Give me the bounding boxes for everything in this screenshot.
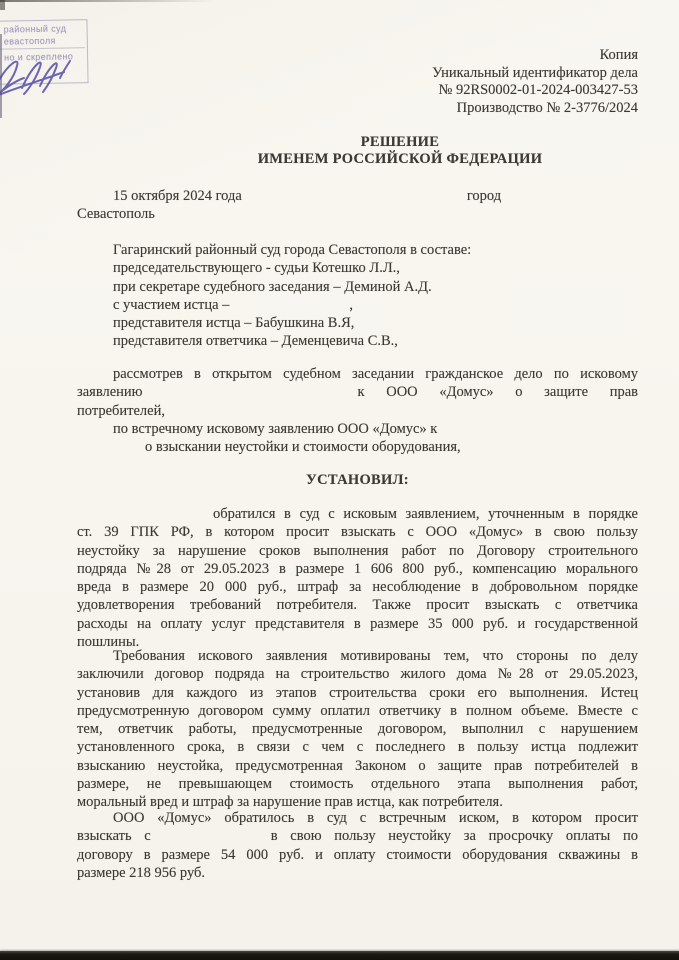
text-run: расходы на оплату услуг представителя в …: [77, 616, 638, 632]
redacted-gap: [77, 517, 213, 518]
text-run: с участием истца –: [113, 297, 229, 313]
text-run: установив для каждого из этапов строител…: [77, 685, 638, 701]
motivation-paragraph: Требования искового заявления мотивирова…: [77, 647, 638, 812]
text-run: предусмотренную договором сумму оплатил …: [77, 703, 638, 719]
text-line: расходы на оплату услуг представителя в …: [77, 615, 638, 633]
text-run: Уникальный идентификатор дела: [432, 65, 638, 81]
text-run: размере, не превышающем стоимость отдель…: [77, 776, 638, 792]
text-line: Гагаринский районный суд города Севастоп…: [77, 241, 638, 259]
text-run: ООО «Домус» обратилось в суд с встречным…: [113, 810, 638, 826]
stamp-text-line: но и скреплено: [4, 51, 85, 64]
redacted-gap: [437, 432, 557, 433]
text-line: по встречному исковому заявлению ООО «До…: [77, 420, 638, 438]
text-run: ,: [349, 297, 353, 313]
text-line: № 92RS0002-01-2024-003427-53: [77, 82, 638, 100]
scan-top-edge: [0, 0, 215, 2]
text-line: Требования искового заявления мотивирова…: [77, 647, 638, 665]
copy-header: КопияУникальный идентификатор дела№ 92RS…: [77, 47, 638, 117]
text-line: подряда №28 от 29.05.2023 в размере 1 60…: [77, 560, 638, 578]
stamp-text-line: евастополя: [4, 35, 85, 48]
text-run: к ООО «Домус» о защите прав: [358, 384, 638, 400]
text-run: моральный вред и штраф за нарушение прав…: [77, 794, 503, 810]
text-line: заключили договор подряда на строительст…: [77, 665, 638, 683]
text-run: УСТАНОВИЛ:: [306, 472, 409, 488]
text-line: неустойку за нарушение сроков выполнения…: [77, 542, 638, 560]
text-line: потребителей,: [77, 402, 638, 420]
text-line: Уникальный идентификатор дела: [77, 65, 638, 83]
court-composition: Гагаринский районный суд города Севастоп…: [77, 241, 638, 351]
text-line: представителя ответчика – Деменцевича С.…: [77, 332, 638, 350]
text-line: взысканию неустойка, предусмотренная Зак…: [77, 757, 638, 775]
text-run: 15 октября 2024 года: [113, 188, 242, 204]
text-run: по встречному исковому заявлению ООО «До…: [113, 421, 437, 437]
text-line: УСТАНОВИЛ:: [77, 471, 638, 489]
text-run: вреда в размере 20 000 руб., штраф за не…: [77, 579, 638, 595]
text-run: Севастополь: [77, 206, 155, 222]
case-summary: рассмотрев в открытом судебном заседании…: [77, 365, 638, 456]
text-run: обратился в суд с исковым заявлением, ут…: [213, 506, 638, 522]
text-run: неустойку за нарушение сроков выполнения…: [77, 543, 638, 559]
redacted-gap: [151, 839, 271, 840]
redacted-gap: [229, 308, 349, 309]
text-line: о взыскании неустойки и стоимости оборуд…: [77, 438, 638, 456]
claim-paragraph: обратился в суд с исковым заявлением, ут…: [77, 505, 638, 651]
text-run: Гагаринский районный суд города Севастоп…: [113, 242, 471, 258]
text-run: ст. 39 ГПК РФ, в котором просит взыскать…: [77, 524, 638, 540]
text-line: 15 октября 2024 годагород: [77, 187, 638, 205]
scan-corner-mark: [0, 0, 5, 10]
text-run: Требования искового заявления мотивирова…: [113, 648, 638, 664]
text-line: РЕШЕНИЕ: [160, 134, 640, 151]
text-line: ИМЕНЕМ РОССИЙСКОЙ ФЕДЕРАЦИИ: [160, 151, 640, 168]
text-run: заключили договор подряда на строительст…: [77, 666, 638, 682]
counterclaim-paragraph: ООО «Домус» обратилось в суд с встречным…: [77, 809, 638, 882]
text-run: потребителей,: [77, 403, 165, 419]
text-line: размере 218 956 руб.: [77, 864, 638, 882]
document-page: районный суд евастополя но и скреплено К…: [0, 0, 679, 960]
text-line: предусмотренную договором сумму оплатил …: [77, 702, 638, 720]
court-stamp: районный суд евастополя но и скреплено: [0, 19, 89, 85]
text-line: вреда в размере 20 000 руб., штраф за не…: [77, 578, 638, 596]
scan-bottom-edge: [0, 951, 679, 960]
text-line: председательствующего - судьи Котешко Л.…: [77, 259, 638, 277]
text-run: взыскать с: [77, 828, 151, 844]
text-run: удовлетворения требований потребителя. Т…: [77, 597, 638, 613]
text-line: ст. 39 ГПК РФ, в котором просит взыскать…: [77, 523, 638, 541]
text-run: взысканию неустойка, предусмотренная Зак…: [77, 758, 638, 774]
text-run: ИМЕНЕМ РОССИЙСКОЙ ФЕДЕРАЦИИ: [258, 151, 543, 167]
text-run: при секретаре судебного заседания – Деми…: [113, 279, 432, 295]
text-line: тем, ответчик работы, предусмотренные до…: [77, 720, 638, 738]
text-line: Производство № 2-3776/2024: [77, 100, 638, 118]
text-line: обратился в суд с исковым заявлением, ут…: [77, 505, 638, 523]
text-line: при секретаре судебного заседания – Деми…: [77, 278, 638, 296]
text-run: Копия: [600, 47, 638, 63]
text-line: удовлетворения требований потребителя. Т…: [77, 596, 638, 614]
stamp-divider: [0, 47, 85, 50]
text-run: рассмотрев в открытом судебном заседании…: [113, 366, 638, 382]
text-run: установленного срока, в связи с чем с по…: [77, 739, 638, 755]
text-run: Производство № 2-3776/2024: [457, 100, 638, 116]
text-run: город: [467, 188, 501, 204]
ustanovil-heading: УСТАНОВИЛ:: [77, 471, 638, 489]
text-run: председательствующего - судьи Котешко Л.…: [113, 260, 400, 276]
text-line: с участием истца –,: [77, 296, 638, 314]
redacted-gap: [143, 395, 358, 396]
dateline: 15 октября 2024 годагородСевастополь: [77, 187, 638, 224]
text-line: размере, не превышающем стоимость отдель…: [77, 775, 638, 793]
redacted-gap: [242, 199, 467, 200]
text-line: ООО «Домус» обратилось в суд с встречным…: [77, 809, 638, 827]
text-run: подряда №28 от 29.05.2023 в размере 1 60…: [77, 561, 638, 577]
text-line: заявлениюк ООО «Домус» о защите прав: [77, 383, 638, 401]
text-line: Севастополь: [77, 205, 638, 223]
text-line: установленного срока, в связи с чем с по…: [77, 738, 638, 756]
text-line: установив для каждого из этапов строител…: [77, 684, 638, 702]
text-run: представителя истца – Бабушкина В.Я,: [113, 315, 354, 331]
decision-title: РЕШЕНИЕИМЕНЕМ РОССИЙСКОЙ ФЕДЕРАЦИИ: [160, 134, 640, 167]
text-run: в свою пользу неустойку за просрочку опл…: [271, 828, 638, 844]
text-run: представителя ответчика – Деменцевича С.…: [113, 333, 398, 349]
text-line: представителя истца – Бабушкина В.Я,: [77, 314, 638, 332]
text-run: размере 218 956 руб.: [77, 865, 205, 881]
text-line: Копия: [77, 47, 638, 65]
text-run: о взыскании неустойки и стоимости оборуд…: [145, 439, 461, 455]
text-run: заявлению: [77, 384, 143, 400]
text-run: № 92RS0002-01-2024-003427-53: [438, 82, 638, 98]
text-line: рассмотрев в открытом судебном заседании…: [77, 365, 638, 383]
text-run: тем, ответчик работы, предусмотренные до…: [77, 721, 638, 737]
text-run: РЕШЕНИЕ: [361, 134, 439, 150]
text-run: договору в размере 54 000 руб. и оплату …: [77, 847, 638, 863]
text-line: взыскать св свою пользу неустойку за про…: [77, 827, 638, 845]
text-line: договору в размере 54 000 руб. и оплату …: [77, 846, 638, 864]
